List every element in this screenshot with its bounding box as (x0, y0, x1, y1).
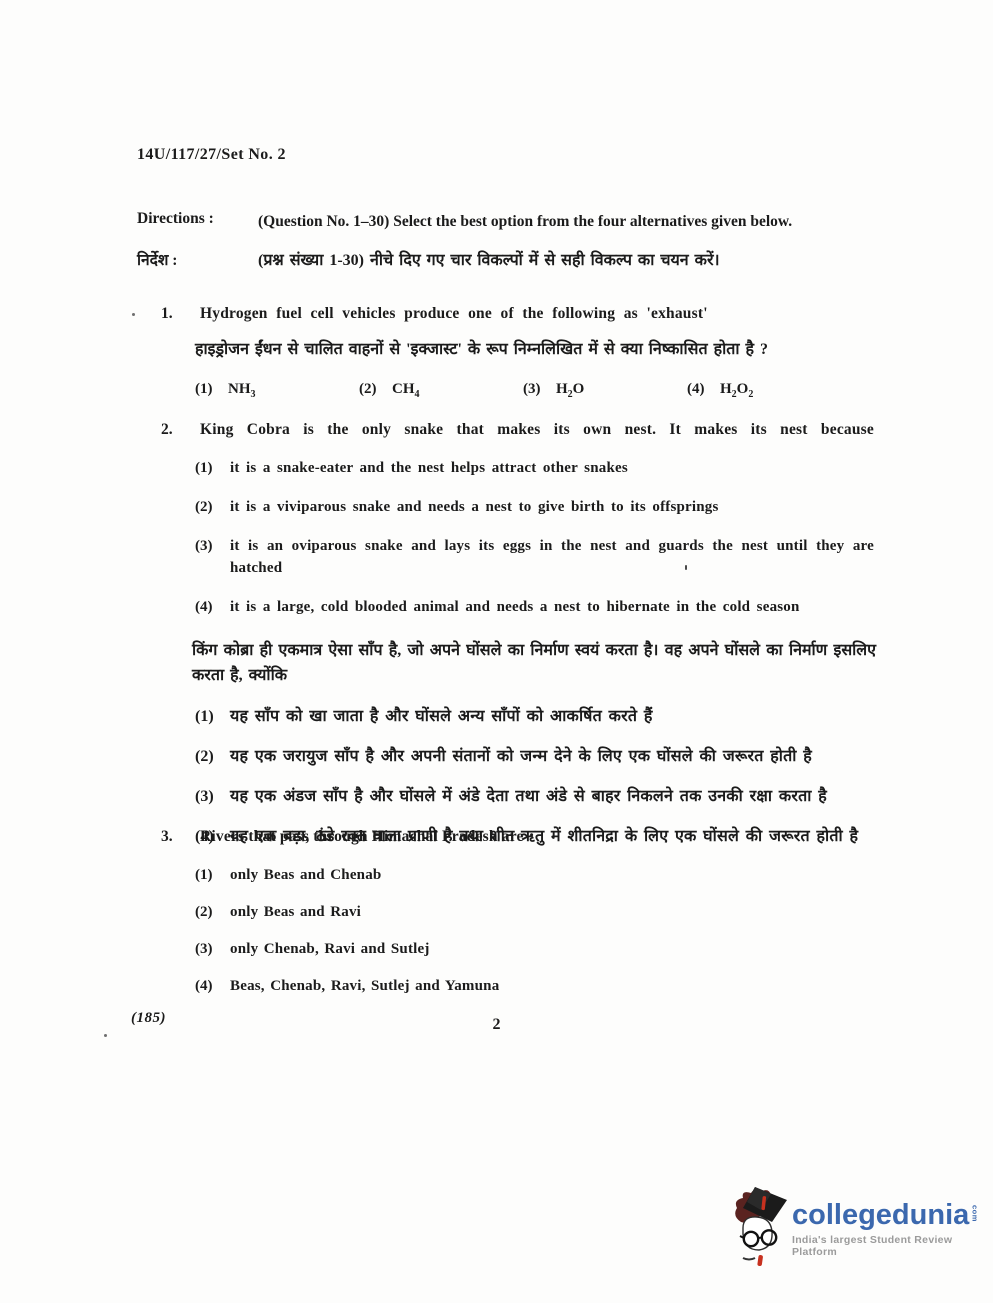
option-text: Beas, Chenab, Ravi, Sutlej and Yamuna (230, 975, 874, 997)
paper-code: 14U/117/27/Set No. 2 (137, 146, 286, 164)
question-stem-hi: हाइड्रोजन ईंधन से चालित वाहनों से 'इक्जा… (195, 337, 874, 362)
option-2: (2) CH4 (359, 381, 523, 398)
question-stem-en: King Cobra is the only snake that makes … (200, 419, 874, 440)
option-1: (1) NH3 (195, 381, 359, 398)
option-label: (4) (195, 975, 230, 997)
brand-text: collegedunia (792, 1200, 969, 1230)
question-2-head: 2. King Cobra is the only snake that mak… (137, 419, 874, 440)
question-1-options: (1) NH3 (2) CH4 (3) H2O (4) H2O2 (195, 381, 874, 398)
chem-formula: H2O2 (720, 381, 753, 398)
option-3: (3) H2O (523, 381, 687, 398)
chem-formula: H2O (556, 381, 584, 398)
directions-text-hi: (प्रश्न संख्या 1-30) नीचे दिए गए चार विक… (258, 248, 874, 273)
option-row: (1) यह साँप को खा जाता है और घोंसले अन्य… (195, 704, 874, 729)
option-label: (2) (359, 381, 392, 398)
scan-artifact-dot (685, 565, 687, 570)
directions-label-hi: निर्देश : (137, 248, 258, 273)
option-row: (2) it is a viviparous snake and needs a… (195, 496, 874, 518)
option-text: only Beas and Chenab (230, 864, 874, 886)
option-text: only Beas and Ravi (230, 901, 874, 923)
option-label: (3) (195, 784, 230, 809)
question-stem-en: Rivers that pass through Himachal Prades… (200, 826, 874, 847)
page-number: 2 (0, 1016, 993, 1034)
directions-row-english: Directions : (Question No. 1–30) Select … (137, 210, 874, 234)
option-label: (4) (687, 381, 720, 398)
question-number: 3. (137, 826, 200, 847)
option-row: (1) only Beas and Chenab (195, 864, 874, 886)
option-label: (1) (195, 457, 230, 479)
option-label: (1) (195, 381, 228, 398)
option-label: (1) (195, 864, 230, 886)
option-row: (2) only Beas and Ravi (195, 901, 874, 923)
option-text: यह साँप को खा जाता है और घोंसले अन्य साँ… (230, 704, 874, 729)
question-3-options: (1) only Beas and Chenab (2) only Beas a… (137, 864, 874, 997)
option-text: it is a viviparous snake and needs a nes… (230, 496, 874, 518)
option-label: (1) (195, 704, 230, 729)
directions-section: Directions : (Question No. 1–30) Select … (137, 210, 874, 285)
question-stem-hi: किंग कोब्रा ही एकमात्र ऐसा साँप है, जो अ… (192, 638, 876, 688)
option-label: (4) (195, 596, 230, 618)
option-row: (3) it is an oviparous snake and lays it… (195, 535, 874, 579)
directions-label-en: Directions : (137, 210, 258, 234)
graduate-mascot-icon (731, 1186, 789, 1268)
exam-paper-page: 14U/117/27/Set No. 2 Directions : (Quest… (0, 0, 993, 1303)
option-row: (4) Beas, Chenab, Ravi, Sutlej and Yamun… (195, 975, 874, 997)
option-label: (2) (195, 744, 230, 769)
question-3-head: 3. Rivers that pass through Himachal Pra… (137, 826, 874, 847)
question-number: 2. (137, 419, 200, 440)
option-row: (3) only Chenab, Ravi and Sutlej (195, 938, 874, 960)
option-text: it is a large, cold blooded animal and n… (230, 596, 874, 618)
option-row: (2) यह एक जरायुज साँप है और अपनी संतानों… (195, 744, 874, 769)
option-text: it is a snake-eater and the nest helps a… (230, 457, 874, 479)
question-3: 3. Rivers that pass through Himachal Pra… (137, 826, 874, 1012)
option-row: (4) it is a large, cold blooded animal a… (195, 596, 874, 618)
logo-text-block: collegedunia com India's largest Student… (792, 1186, 987, 1258)
question-number: 1. (137, 303, 200, 324)
question-2: 2. King Cobra is the only snake that mak… (137, 419, 874, 864)
option-label: (2) (195, 496, 230, 518)
directions-text-en: (Question No. 1–30) Select the best opti… (258, 210, 874, 234)
option-text: only Chenab, Ravi and Sutlej (230, 938, 874, 960)
option-row: (1) it is a snake-eater and the nest hel… (195, 457, 874, 479)
option-text: यह एक जरायुज साँप है और अपनी संतानों को … (230, 744, 874, 769)
chem-formula: NH3 (228, 381, 256, 398)
collegedunia-logo: collegedunia com India's largest Student… (731, 1186, 987, 1270)
question-1: 1. Hydrogen fuel cell vehicles produce o… (137, 303, 874, 398)
scan-artifact-dot (104, 1034, 107, 1037)
option-label: (3) (195, 535, 230, 579)
question-2-options-en: (1) it is a snake-eater and the nest hel… (137, 457, 874, 618)
brand-tagline: India's largest Student Review Platform (792, 1234, 987, 1258)
chem-formula: CH4 (392, 381, 420, 398)
option-label: (3) (523, 381, 556, 398)
option-text: it is an oviparous snake and lays its eg… (230, 535, 874, 579)
question-stem-en: Hydrogen fuel cell vehicles produce one … (200, 303, 874, 324)
option-label: (2) (195, 901, 230, 923)
option-text: यह एक अंडज साँप है और घोंसले में अंडे दे… (230, 784, 874, 809)
scan-artifact-dot (132, 313, 135, 316)
option-4: (4) H2O2 (687, 381, 851, 398)
option-row: (3) यह एक अंडज साँप है और घोंसले में अंड… (195, 784, 874, 809)
directions-row-hindi: निर्देश : (प्रश्न संख्या 1-30) नीचे दिए … (137, 248, 874, 273)
brand-tld: com (970, 1205, 979, 1222)
question-1-head: 1. Hydrogen fuel cell vehicles produce o… (137, 303, 874, 324)
option-label: (3) (195, 938, 230, 960)
